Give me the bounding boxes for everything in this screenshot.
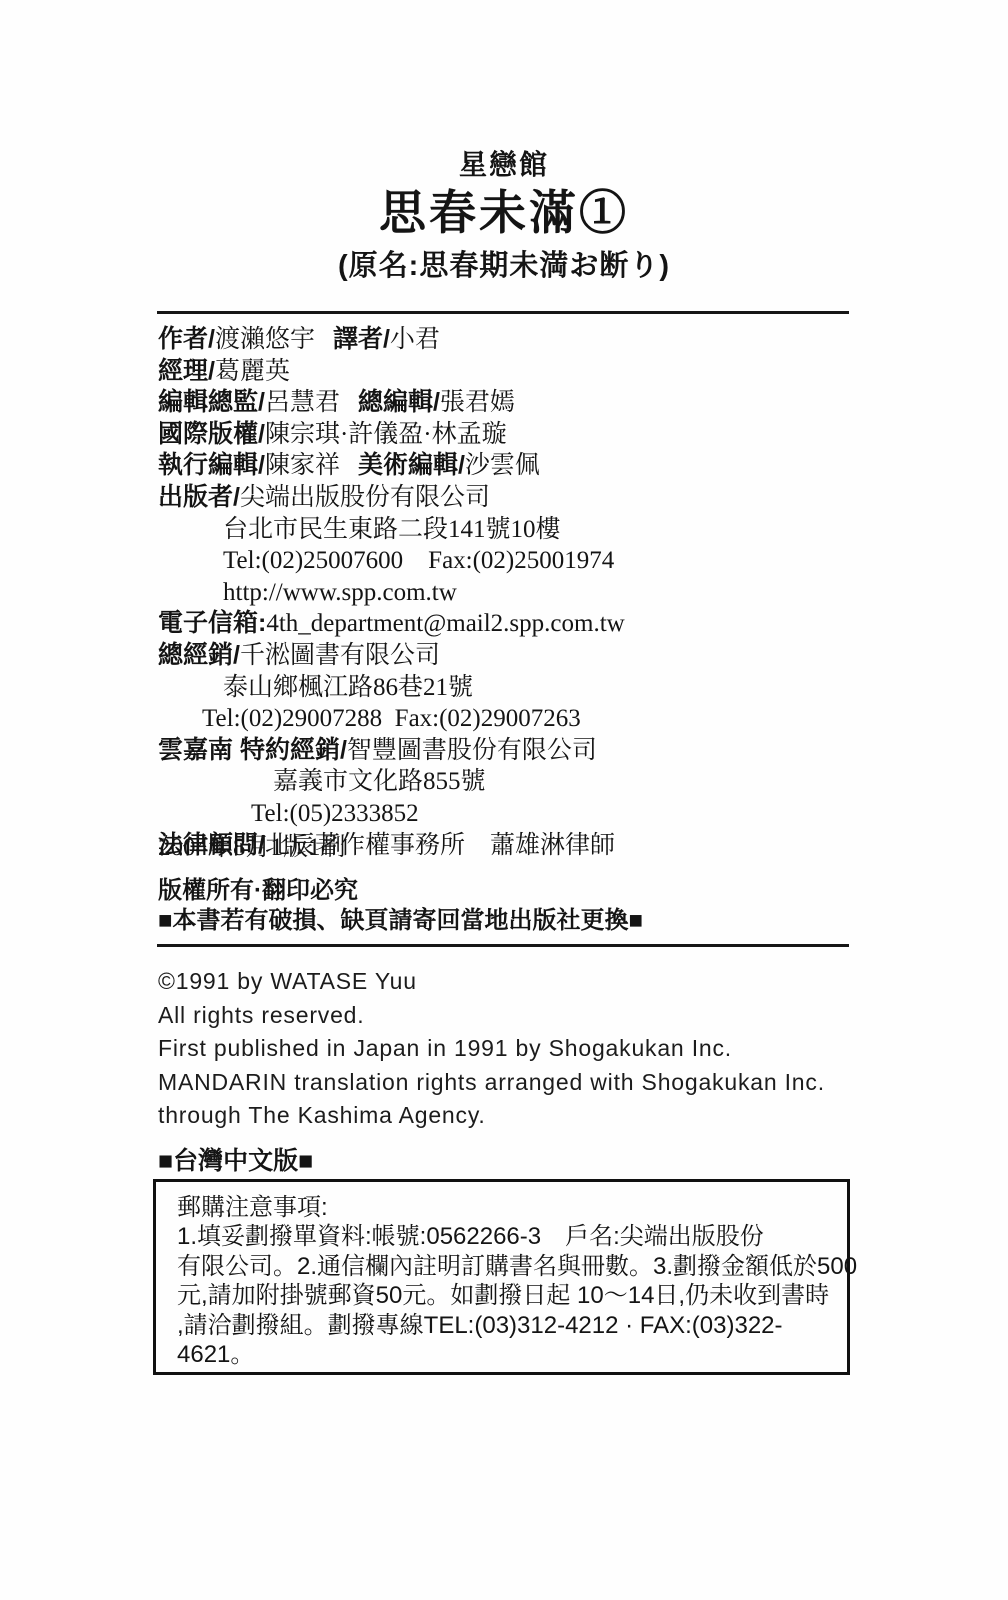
credit-label: 編輯總監/: [158, 388, 265, 416]
mail-order-box: 郵購注意事項: 1.填妥劃撥單資料:帳號:0562266-3 戶名:尖端出版股份…: [153, 1179, 850, 1375]
mail-order-line: 元,請加附掛號郵資50元。如劃撥日起 10〜14日,仍未收到書時: [177, 1281, 829, 1310]
divider-bottom: [157, 944, 849, 947]
publisher-address: 台北市民生東路二段141號10樓: [158, 514, 858, 546]
credit-value: Tel:(02)25007600 Fax:(02)25001974: [223, 547, 614, 574]
credit-label: 美術編輯/: [358, 451, 465, 479]
publisher-website: http://www.spp.com.tw: [158, 577, 858, 609]
credit-row-publisher: 出版者/尖端出版股份有限公司: [158, 482, 858, 514]
credit-label: 執行編輯/: [158, 451, 265, 479]
credit-value: 千淞圖書有限公司: [240, 642, 440, 669]
credit-label: 出版者/: [158, 483, 240, 511]
credit-value: Tel:(02)29007288 Fax:(02)29007263: [202, 705, 581, 732]
series-name: 星戀館: [0, 148, 1008, 182]
agency-line: through The Kashima Agency.: [158, 1099, 825, 1133]
translation-rights-line: MANDARIN translation rights arranged wit…: [158, 1066, 825, 1100]
credit-row-email: 電子信箱:4th_department@mail2.spp.com.tw: [158, 608, 858, 640]
credit-row-regional-distributor: 雲嘉南 特約經銷/智豐圖書股份有限公司: [158, 735, 858, 767]
book-title: 思春未滿①: [0, 184, 1008, 242]
credit-value: 4th_department@mail2.spp.com.tw: [266, 610, 624, 637]
credit-value: 嘉義市文化路855號: [273, 768, 486, 795]
credits-list: 作者/渡瀨悠宇譯者/小君 經理/葛麗英 編輯總監/呂慧君總編輯/張君嫣 國際版權…: [158, 324, 858, 861]
mail-order-line: ,請洽劃撥組。劃撥專線TEL:(03)312-4212 · FAX:(03)32…: [177, 1311, 829, 1340]
credit-value: 尖端出版股份有限公司: [240, 484, 490, 511]
credit-value: 小君: [390, 326, 440, 353]
credit-value: Tel:(05)2333852: [251, 800, 419, 827]
credit-value: 陳家祥: [265, 452, 340, 479]
credit-value: 張君嫣: [440, 389, 515, 416]
credit-value: 陳宗琪·許儀盈·林孟璇: [265, 421, 507, 448]
edition-date: 2004年8月1版1刷: [158, 827, 346, 863]
mail-order-line: 有限公司。2.通信欄內註明訂購書名與冊數。3.劃撥金額低於500: [177, 1252, 829, 1281]
credit-row-editor-chief: 編輯總監/呂慧君總編輯/張君嫣: [158, 387, 858, 419]
regional-distributor-phone: Tel:(05)2333852: [158, 798, 858, 830]
credit-row-author: 作者/渡瀨悠宇譯者/小君: [158, 324, 858, 356]
first-published-line: First published in Japan in 1991 by Shog…: [158, 1032, 825, 1066]
credit-value: 台北市民生東路二段141號10樓: [223, 516, 561, 543]
rights-block: 版權所有·翻印必究 ■本書若有破損、缺頁請寄回當地出版社更換■: [158, 876, 643, 935]
english-copyright-block: ©1991 by WATASE Yuu All rights reserved.…: [158, 965, 825, 1133]
rights-reserved-line: All rights reserved.: [158, 999, 825, 1033]
colophon-page: 星戀館 思春未滿① (原名:思春期未満お断り) 作者/渡瀨悠宇譯者/小君 經理/…: [0, 0, 1008, 1600]
credit-value: 渡瀨悠宇: [215, 326, 315, 353]
regional-distributor-address: 嘉義市文化路855號: [158, 766, 858, 798]
credit-row-manager: 經理/葛麗英: [158, 356, 858, 388]
damage-notice: ■本書若有破損、缺頁請寄回當地出版社更換■: [158, 906, 643, 936]
credit-label: 作者/: [158, 325, 215, 353]
credit-value: http://www.spp.com.tw: [223, 579, 457, 606]
credit-label: 經理/: [158, 357, 215, 385]
credit-row-distributor: 總經銷/千淞圖書有限公司: [158, 640, 858, 672]
credit-value: 沙雲佩: [465, 452, 540, 479]
credit-value: 泰山鄉楓江路86巷21號: [223, 674, 473, 701]
copyright-line: ©1991 by WATASE Yuu: [158, 965, 825, 999]
credit-label: 總經銷/: [158, 641, 240, 669]
mail-order-line: 1.填妥劃撥單資料:帳號:0562266-3 戶名:尖端出版股份: [177, 1222, 829, 1251]
taiwan-edition-label: ■台灣中文版■: [158, 1141, 313, 1177]
distributor-phone: Tel:(02)29007288 Fax:(02)29007263: [158, 703, 858, 735]
divider-top: [157, 311, 849, 314]
distributor-address: 泰山鄉楓江路86巷21號: [158, 672, 858, 704]
credit-label: 電子信箱:: [158, 609, 266, 637]
credit-value: 呂慧君: [265, 389, 340, 416]
rights-notice: 版權所有·翻印必究: [158, 876, 643, 906]
credit-label: 譯者/: [333, 325, 390, 353]
mail-order-heading: 郵購注意事項:: [177, 1193, 829, 1222]
book-header: 星戀館 思春未滿① (原名:思春期未満お断り): [0, 148, 1008, 284]
publisher-phone: Tel:(02)25007600 Fax:(02)25001974: [158, 545, 858, 577]
credit-row-exec-editor: 執行編輯/陳家祥美術編輯/沙雲佩: [158, 450, 858, 482]
credit-value: 葛麗英: [215, 358, 290, 385]
credit-value: 智豐圖書股份有限公司: [347, 737, 597, 764]
credit-label: 雲嘉南 特約經銷/: [158, 736, 347, 764]
credit-label: 總編輯/: [358, 388, 440, 416]
original-title: (原名:思春期未満お断り): [0, 248, 1008, 284]
credit-label: 國際版權/: [158, 420, 265, 448]
credit-row-intl-rights: 國際版權/陳宗琪·許儀盈·林孟璇: [158, 419, 858, 451]
mail-order-line: 4621。: [177, 1340, 829, 1369]
